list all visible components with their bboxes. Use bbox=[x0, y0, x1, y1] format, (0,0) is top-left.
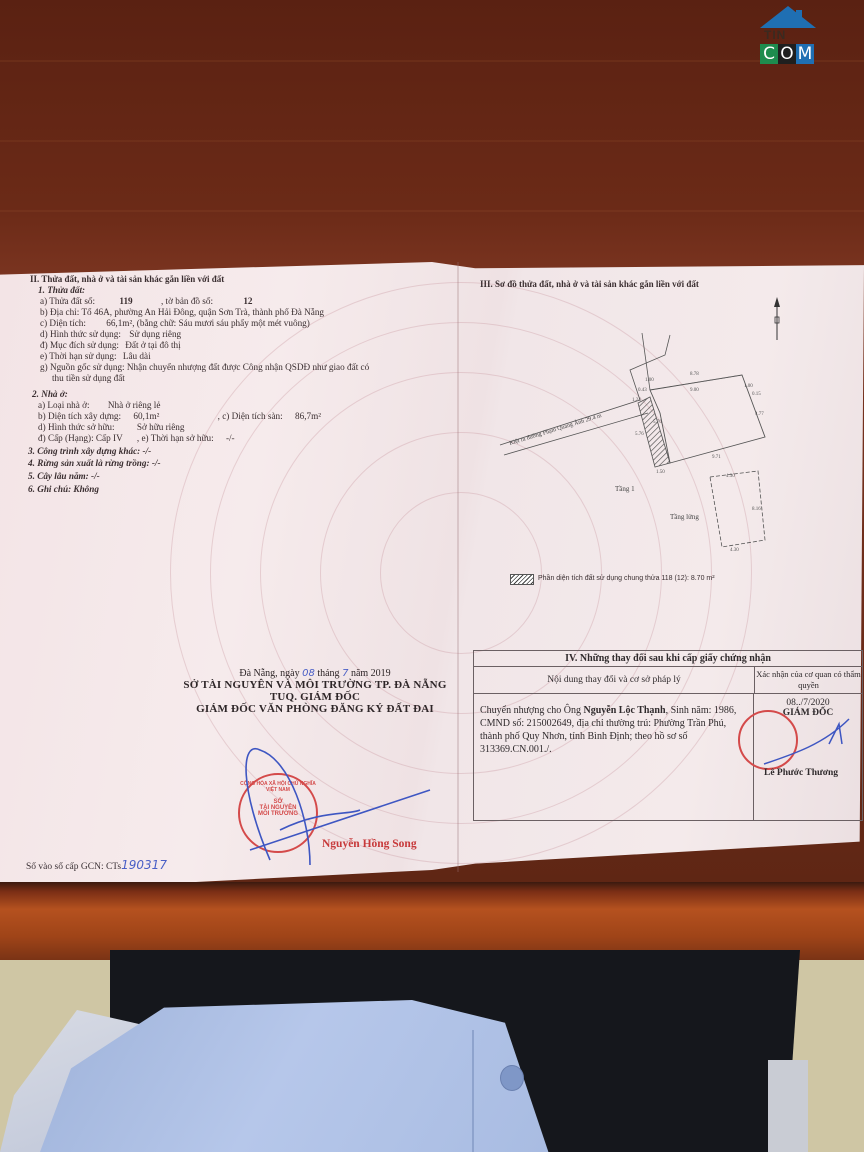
ownership-value: Sở hữu riêng bbox=[137, 422, 185, 432]
build-area-value: 60,1m² bbox=[133, 411, 159, 421]
origin-value: Nhận chuyển nhượng đất được Công nhận QS… bbox=[127, 362, 369, 372]
change-text: Chuyển nhượng cho Ông bbox=[480, 705, 583, 716]
area-value: 66,1m², (bằng chữ: Sáu mươi sáu phẩy một… bbox=[106, 318, 310, 328]
issuing-department: SỞ TÀI NGUYÊN VÀ MÔI TRƯỜNG TP. ĐÀ NẴNG bbox=[170, 679, 460, 691]
dimension-label: 0.15 bbox=[752, 392, 761, 397]
label: , tờ bản đồ số: bbox=[161, 296, 213, 306]
label: a) Thửa đất số: bbox=[40, 296, 95, 306]
label: c) Diện tích: bbox=[40, 318, 86, 328]
dimension-label: 4.30 bbox=[730, 548, 739, 553]
grade-value: Cấp IV bbox=[96, 433, 123, 443]
north-arrow-icon bbox=[774, 297, 780, 340]
floor1-label: Tầng 1 bbox=[615, 485, 635, 493]
mezzanine-label: Tầng lửng bbox=[670, 513, 699, 521]
issue-date: Đà Nẵng, ngày 08 tháng 7 năm 2019 bbox=[170, 668, 460, 679]
house-roof-icon bbox=[760, 6, 816, 28]
label: g) Nguồn gốc sử dụng: bbox=[40, 362, 125, 372]
signer-name: Nguyễn Hồng Song bbox=[322, 838, 417, 850]
issue-day: 08 bbox=[302, 668, 315, 679]
label: đ) Mục đích sử dụng: bbox=[40, 340, 119, 350]
dimension-label: 8.16 bbox=[752, 507, 761, 512]
use-form-row: d) Hình thức sử dụng: Sử dụng riêng bbox=[40, 329, 181, 340]
hatch-legend-icon bbox=[510, 574, 534, 585]
section-ii-title: II. Thửa đất, nhà ở và tài sản khác gắn … bbox=[30, 274, 224, 285]
perennial-trees: 5. Cây lâu năm: -/- bbox=[28, 471, 100, 482]
map-sheet-number: 12 bbox=[243, 296, 252, 306]
label: b) Diện tích xây dựng: bbox=[38, 411, 121, 421]
parcel-number: 119 bbox=[119, 296, 132, 306]
house-type-value: Nhà ở riêng lẻ bbox=[108, 400, 161, 410]
label: b) Địa chỉ: bbox=[40, 307, 79, 317]
dimension-label: 9.00 bbox=[690, 388, 699, 393]
notes: 6. Ghi chú: Không bbox=[28, 484, 99, 495]
issue-month: 7 bbox=[342, 668, 348, 679]
dimension-label: 9.71 bbox=[712, 455, 721, 460]
house-chimney-icon bbox=[796, 10, 802, 20]
change-confirmation: 08../7/2020 GIÁM ĐỐC Lê Phước Thương bbox=[754, 694, 862, 820]
dimension-label: 1.50 bbox=[656, 470, 665, 475]
label: d) Hình thức sở hữu: bbox=[38, 422, 115, 432]
shirt-placket bbox=[472, 1030, 474, 1152]
signer-title: GIÁM ĐỐC VĂN PHÒNG ĐĂNG KÝ ĐẤT ĐAI bbox=[170, 703, 460, 715]
changes-table-header: Nội dung thay đổi và cơ sở pháp lý Xác n… bbox=[474, 667, 862, 694]
term-row: e) Thời hạn sử dụng: Lâu dài bbox=[40, 351, 151, 362]
label: a) Loại nhà ở: bbox=[38, 400, 90, 410]
wood-grain bbox=[0, 140, 864, 142]
use-form-value: Sử dụng riêng bbox=[129, 329, 181, 339]
parcel-diagram: 8.78 9.00 1.00 0.15 4.77 9.71 1.50 5.76 … bbox=[490, 295, 860, 595]
production-forest: 4. Rừng sản xuất là rừng trồng: -/- bbox=[28, 458, 161, 469]
confirmation-signer: Lê Phước Thương bbox=[764, 768, 838, 778]
dimension-label: 1.24 bbox=[632, 398, 641, 403]
dimension-label: 5.76 bbox=[635, 432, 644, 437]
own-term-value: -/- bbox=[226, 433, 235, 443]
column-header: Xác nhận của cơ quan có thẩm quyền bbox=[755, 667, 862, 693]
issuer-signature-block: Đà Nẵng, ngày 08 tháng 7 năm 2019 SỞ TÀI… bbox=[170, 668, 460, 715]
on-behalf-title: TUQ. GIÁM ĐỐC bbox=[170, 691, 460, 703]
dimension-label: 4.30 bbox=[726, 474, 735, 479]
dimension-label: 8.78 bbox=[690, 372, 699, 377]
parcel-row: a) Thửa đất số: 119 , tờ bản đồ số: 12 bbox=[40, 296, 253, 307]
land-heading: 1. Thửa đất: bbox=[38, 285, 85, 296]
shirt-cuff bbox=[768, 1060, 808, 1152]
logo-text-top: TIN bbox=[764, 28, 786, 42]
confirmation-date: 08../7/2020 bbox=[754, 698, 862, 708]
ownership-row: d) Hình thức sở hữu: Sở hữu riêng bbox=[38, 422, 184, 433]
dimension-label: 5.76 bbox=[653, 420, 662, 425]
house-type-row: a) Loại nhà ở: Nhà ở riêng lẻ bbox=[38, 400, 160, 411]
dimension-label: 4.77 bbox=[755, 412, 764, 417]
handwritten-signature bbox=[754, 714, 854, 774]
new-owner-name: Nguyễn Lộc Thạnh bbox=[583, 705, 665, 716]
logo-text-bottom: C O M bbox=[760, 44, 814, 64]
label: , c) Diện tích sàn: bbox=[218, 411, 283, 421]
wood-grain bbox=[0, 210, 864, 212]
column-header: Nội dung thay đổi và cơ sở pháp lý bbox=[474, 667, 755, 693]
registry-number: Số vào sổ cấp GCN: CTs190317 bbox=[26, 858, 167, 872]
area-row: c) Diện tích: 66,1m², (bằng chữ: Sáu mươ… bbox=[40, 318, 310, 329]
changes-table-title: IV. Những thay đổi sau khi cấp giấy chứn… bbox=[474, 651, 862, 667]
other-construction: 3. Công trình xây dựng khác: -/- bbox=[28, 446, 151, 457]
address-row: b) Địa chỉ: Tổ 46A, phường An Hải Đông, … bbox=[40, 307, 324, 318]
label: e) Thời hạn sử dụng: bbox=[40, 351, 117, 361]
label: d) Hình thức sử dụng: bbox=[40, 329, 121, 339]
grade-row: đ) Cấp (Hạng): Cấp IV , e) Thời hạn sở h… bbox=[38, 433, 235, 444]
logo-letter: C bbox=[760, 44, 778, 64]
label: , e) Thời hạn sở hữu: bbox=[137, 433, 214, 443]
watermark-logo: TIN C O M bbox=[758, 6, 820, 64]
diagram-legend: Phần diện tích đất sử dụng chung thửa 11… bbox=[538, 573, 715, 584]
logo-letter: M bbox=[796, 44, 814, 64]
issue-year: năm 2019 bbox=[351, 668, 391, 679]
registry-number-value: 190317 bbox=[121, 858, 167, 872]
purpose-row: đ) Mục đích sử dụng: Đất ở tại đô thị bbox=[40, 340, 181, 351]
dimension-label: 1.00 bbox=[744, 384, 753, 389]
table-edge bbox=[0, 882, 864, 960]
origin-continued: thu tiền sử dụng đất bbox=[52, 373, 125, 384]
changes-table: IV. Những thay đổi sau khi cấp giấy chứn… bbox=[473, 650, 863, 821]
floor-area-value: 86,7m² bbox=[295, 411, 321, 421]
logo-letter: O bbox=[778, 44, 796, 64]
dimension-label: 0.43 bbox=[638, 388, 647, 393]
section-iii-title: III. Sơ đồ thửa đất, nhà ở và tài sản kh… bbox=[480, 279, 699, 290]
change-content: Chuyển nhượng cho Ông Nguyễn Lộc Thạnh, … bbox=[474, 694, 754, 820]
label: đ) Cấp (Hạng): bbox=[38, 433, 94, 443]
house-heading: 2. Nhà ở: bbox=[32, 389, 68, 400]
origin-row: g) Nguồn gốc sử dụng: Nhận chuyển nhượng… bbox=[40, 362, 369, 373]
road-label: Kiệt ra đường Phạm Quang Ảnh 29.4 m bbox=[508, 411, 603, 447]
label: Đà Nẵng, ngày bbox=[239, 668, 299, 679]
page-fold bbox=[457, 262, 459, 872]
term-value: Lâu dài bbox=[123, 351, 151, 361]
address-value: Tổ 46A, phường An Hải Đông, quận Sơn Trà… bbox=[81, 307, 324, 317]
label: Số vào sổ cấp GCN: CTs bbox=[26, 862, 121, 872]
label: tháng bbox=[317, 668, 339, 679]
shirt-button bbox=[500, 1065, 524, 1091]
table-row: Chuyển nhượng cho Ông Nguyễn Lộc Thạnh, … bbox=[474, 694, 862, 820]
build-area-row: b) Diện tích xây dựng: 60,1m² , c) Diện … bbox=[38, 411, 321, 422]
dimension-label: 1.00 bbox=[645, 378, 654, 383]
wood-grain bbox=[0, 60, 864, 62]
purpose-value: Đất ở tại đô thị bbox=[125, 340, 180, 350]
